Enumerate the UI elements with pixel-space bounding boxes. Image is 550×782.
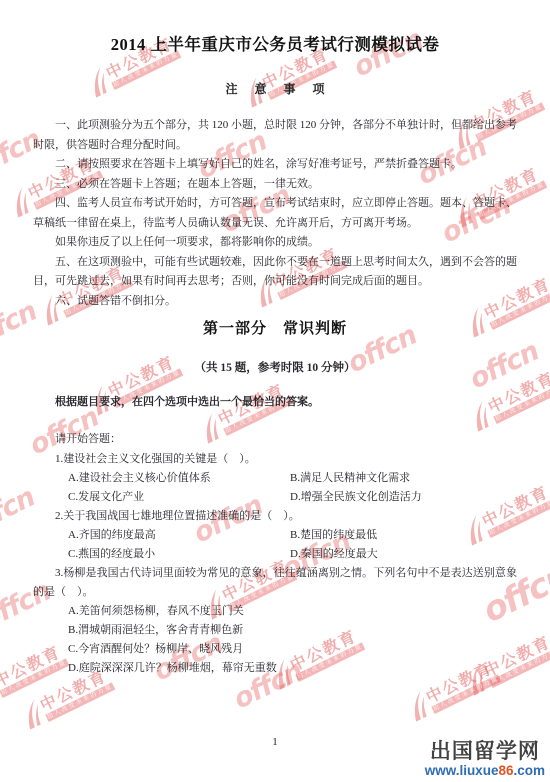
option-row: C.发展文化产业D.增强全民族文化创造活力 xyxy=(33,488,517,507)
notice-paragraph: 二、请按照要求在答题卡上填写好自己的姓名，涂写好准考证号，严禁折叠答题卡。 xyxy=(33,155,517,175)
notice-section: 一、此项测验分为五个部分，共 120 小题，总时限 120 分钟，各部分不单独计… xyxy=(33,116,517,311)
notice-paragraph: 四、监考人员宣布考试开始时，方可答题，宣布考试结束时，应立即停止答题。题本、答题… xyxy=(33,194,517,233)
document-content: 2014 上半年重庆市公务员考试行测模拟试卷 注 意 事 项 一、此项测验分为五… xyxy=(0,0,550,782)
exam-paper-page: offcnoffcnoffcnoffcnoffcnoffcnoffcnoffcn… xyxy=(0,0,550,782)
option-text: B.渭城朝雨浥轻尘，客舍青青柳色新 xyxy=(33,621,517,640)
option-text: A.建设社会主义核心价值体系 xyxy=(68,469,290,488)
option-row: A.建设社会主义核心价值体系B.满足人民精神文化需求 xyxy=(33,469,517,488)
question-list: 1.建设社会主义文化强国的关键是（ ）。A.建设社会主义核心价值体系B.满足人民… xyxy=(33,450,517,678)
section-limit-note: （共 15 题，参考时限 10 分钟） xyxy=(33,359,517,379)
notice-heading: 注 意 事 项 xyxy=(33,82,517,96)
option-text: C.燕国的经度最小 xyxy=(68,545,290,564)
section-instruction: 根据题目要求，在四个选项中选出一个最恰当的答案。 xyxy=(33,393,517,413)
notice-paragraph: 如果你违反了以上任何一项要求，都将影响你的成绩。 xyxy=(33,233,517,253)
liuxue86-site-name: 出国留学网 xyxy=(425,740,545,763)
option-text: D.秦国的经度最大 xyxy=(290,545,378,564)
option-text: A.齐国的纬度最高 xyxy=(68,526,290,545)
option-row: A.齐国的纬度最高B.楚国的纬度最低 xyxy=(33,526,517,545)
start-answer-prompt: 请开始答题： xyxy=(33,430,517,450)
notice-paragraph: 三、必须在答题卡上答题；在题本上答题，一律无效。 xyxy=(33,175,517,195)
option-row: C.燕国的经度最小D.秦国的经度最大 xyxy=(33,545,517,564)
section-heading: 第一部分 常识判断 xyxy=(33,319,517,339)
option-text: D.增强全民族文化创造活力 xyxy=(290,488,422,507)
option-text: C.今宵酒醒何处？杨柳岸、晓风残月 xyxy=(33,640,517,659)
liuxue86-logo: 出国留学网 www.liuxue86.com xyxy=(425,740,545,778)
notice-paragraph: 六、试题答错不倒扣分。 xyxy=(33,292,517,312)
notice-paragraph: 一、此项测验分为五个部分，共 120 小题，总时限 120 分钟，各部分不单独计… xyxy=(33,116,517,155)
option-text: A.羌笛何须怨杨柳，春风不度玉门关 xyxy=(33,602,517,621)
question-stem: 2.关于我国战国七雄地理位置描述准确的是（ ）。 xyxy=(33,507,517,526)
option-text: D.庭院深深深几许？杨柳堆烟，幕帘无重数 xyxy=(33,659,517,678)
notice-paragraph: 五、在这项测验中，可能有些试题较难，因此你不要在一道题上思考时间太久，遇到不会答… xyxy=(33,253,517,292)
question-stem: 1.建设社会主义文化强国的关键是（ ）。 xyxy=(33,450,517,469)
option-text: B.楚国的纬度最低 xyxy=(290,526,377,545)
question-stem: 3.杨柳是我国古代诗词里面较为常见的意象，往往蕴涵离别之情。下列名句中不是表达送… xyxy=(33,564,517,602)
document-title: 2014 上半年重庆市公务员考试行测模拟试卷 xyxy=(33,34,517,56)
option-text: B.满足人民精神文化需求 xyxy=(290,469,410,488)
liuxue86-url: www.liuxue86.com xyxy=(425,763,545,778)
option-text: C.发展文化产业 xyxy=(68,488,290,507)
